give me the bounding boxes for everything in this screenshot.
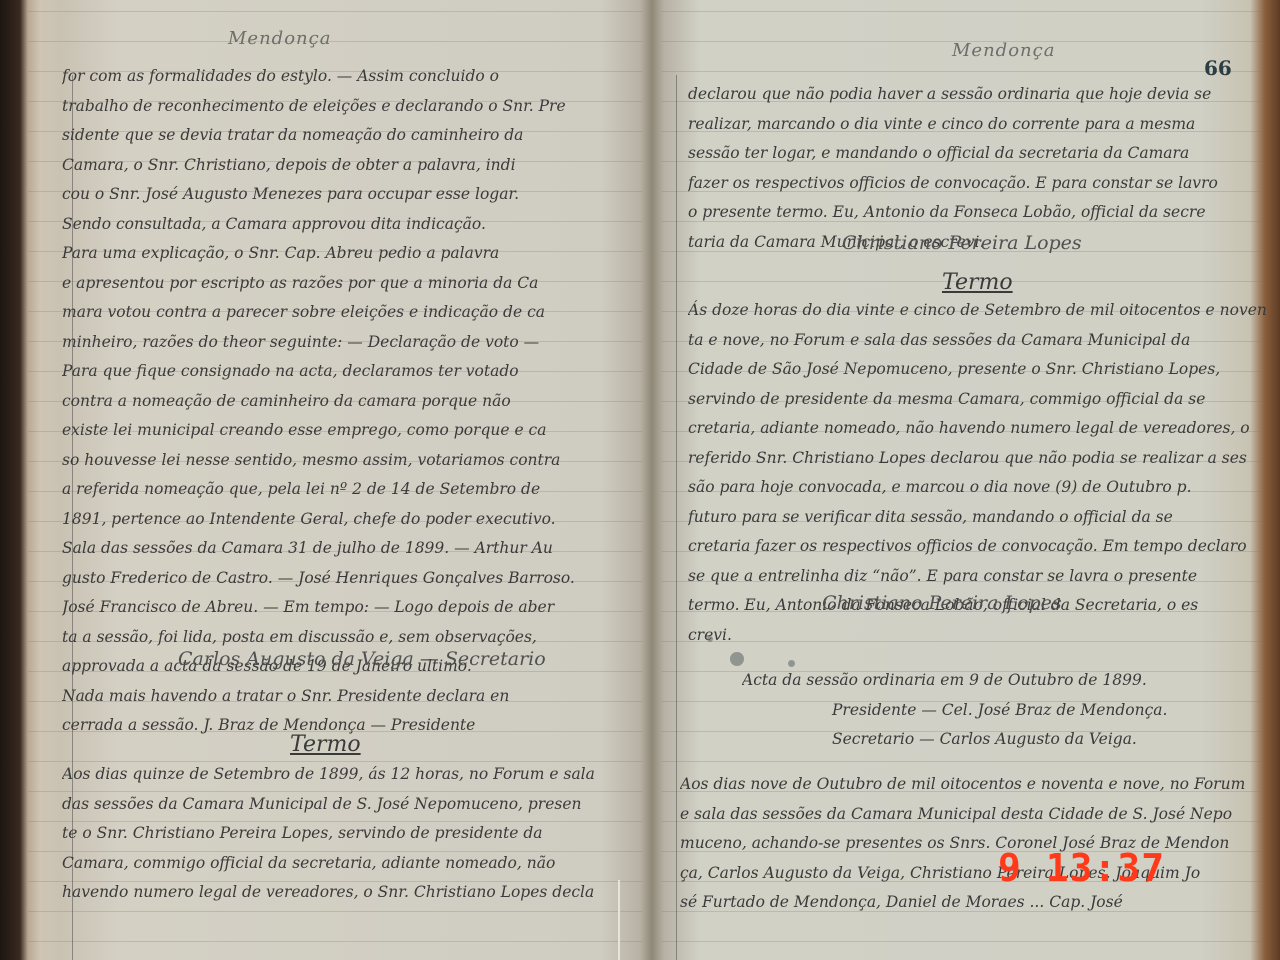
text-line: Aos dias nove de Outubro de mil oitocent… <box>680 770 1245 800</box>
text-line: e sala das sessões da Camara Municipal d… <box>680 800 1245 830</box>
text-line: existe lei municipal creando esse empreg… <box>62 416 575 446</box>
text-line: Para uma explicação, o Snr. Cap. Abreu p… <box>62 239 575 269</box>
acta-title: Acta da sessão ordinaria em 9 de Outubro… <box>742 666 1167 696</box>
text-line: Nada mais havendo a tratar o Snr. Presid… <box>62 682 575 712</box>
text-line: Aos dias quinze de Setembro de 1899, ás … <box>62 760 595 790</box>
text-line: Cidade de São José Nepomuceno, presente … <box>688 355 1267 385</box>
text-line: 1891, pertence ao Intendente Geral, chef… <box>62 505 575 535</box>
acta-block: Acta da sessão ordinaria em 9 de Outubro… <box>742 666 1167 755</box>
termo-heading: Termo <box>942 270 1013 295</box>
minutes-text: for com as formalidades do estylo. — Ass… <box>62 62 575 741</box>
header-signature: Mendonça <box>952 40 1055 61</box>
open-ledger-book: Mendonça for com as formalidades do esty… <box>0 0 1280 960</box>
text-line: so houvesse lei nesse sentido, mesmo ass… <box>62 446 575 476</box>
camera-timestamp: 9 13:37 <box>998 846 1165 890</box>
text-line: fazer os respectivos officios de convoca… <box>688 169 1218 199</box>
text-line: for com as formalidades do estylo. — Ass… <box>62 62 575 92</box>
text-line: servindo de presidente da mesma Camara, … <box>688 385 1267 415</box>
text-line: o presente termo. Eu, Antonio da Fonseca… <box>688 198 1218 228</box>
ink-stain <box>730 652 744 666</box>
margin-rule <box>676 75 677 960</box>
termo-text: Aos dias quinze de Setembro de 1899, ás … <box>62 760 595 908</box>
text-line: sé Furtado de Mendonça, Daniel de Moraes… <box>680 888 1245 918</box>
text-line: Ás doze horas do dia vinte e cinco de Se… <box>688 296 1267 326</box>
text-line: cretaria, adiante nomeado, não havendo n… <box>688 414 1267 444</box>
termo-heading: Termo <box>290 732 361 757</box>
text-line: te o Snr. Christiano Pereira Lopes, serv… <box>62 819 595 849</box>
text-line: Camara, o Snr. Christiano, depois de obt… <box>62 151 575 181</box>
text-line: a referida nomeação que, pela lei nº 2 d… <box>62 475 575 505</box>
right-page: Mendonça declarou que não podia haver a … <box>662 0 1262 960</box>
text-line: trabalho de reconhecimento de eleições e… <box>62 92 575 122</box>
minutes-text: declarou que não podia haver a sessão or… <box>688 80 1218 257</box>
bookmark-ribbon <box>618 880 620 960</box>
header-signature: Mendonça <box>228 28 331 49</box>
signature-2: Christiano Pereira Lopes <box>822 592 1062 614</box>
text-line: sessão ter logar, e mandando o official … <box>688 139 1218 169</box>
page-number: 66 <box>1204 56 1232 80</box>
text-line: cretaria fazer os respectivos officios d… <box>688 532 1267 562</box>
text-line: minheiro, razões do theor seguinte: — De… <box>62 328 575 358</box>
signature-1: Christiano Pereira Lopes <box>842 232 1082 254</box>
acta-president: Presidente — Cel. José Braz de Mendonça. <box>742 696 1167 726</box>
ink-stain <box>707 636 713 642</box>
text-line: gusto Frederico de Castro. — José Henriq… <box>62 564 575 594</box>
text-line: realizar, marcando o dia vinte e cinco d… <box>688 110 1218 140</box>
text-line: são para hoje convocada, e marcou o dia … <box>688 473 1267 503</box>
left-page: Mendonça for com as formalidades do esty… <box>28 0 642 960</box>
acta-secretary: Secretario — Carlos Augusto da Veiga. <box>742 725 1167 755</box>
text-line: se que a entrelinha diz “não”. E para co… <box>688 562 1267 592</box>
text-line: José Francisco de Abreu. — Em tempo: — L… <box>62 593 575 623</box>
text-line: havendo numero legal de vereadores, o Sn… <box>62 878 595 908</box>
text-line: crevi. <box>688 621 1267 651</box>
secretary-signature: Carlos Augusto da Veiga — Secretario <box>178 648 546 670</box>
text-line: cou o Snr. José Augusto Menezes para occ… <box>62 180 575 210</box>
text-line: Sala das sessões da Camara 31 de julho d… <box>62 534 575 564</box>
text-line: contra a nomeação de caminheiro da camar… <box>62 387 575 417</box>
text-line: e apresentou por escripto as razões por … <box>62 269 575 299</box>
ink-stain <box>788 660 795 667</box>
text-line: futuro para se verificar dita sessão, ma… <box>688 503 1267 533</box>
text-line: referido Snr. Christiano Lopes declarou … <box>688 444 1267 474</box>
text-line: das sessões da Camara Municipal de S. Jo… <box>62 790 595 820</box>
text-line: mara votou contra a parecer sobre eleiçõ… <box>62 298 575 328</box>
text-line: ta e nove, no Forum e sala das sessões d… <box>688 326 1267 356</box>
text-line: sidente que se devia tratar da nomeação … <box>62 121 575 151</box>
text-line: Camara, commigo official da secretaria, … <box>62 849 595 879</box>
text-line: declarou que não podia haver a sessão or… <box>688 80 1218 110</box>
text-line: Sendo consultada, a Camara approvou dita… <box>62 210 575 240</box>
text-line: Para que fique consignado na acta, decla… <box>62 357 575 387</box>
acta-text: Aos dias nove de Outubro de mil oitocent… <box>680 770 1245 918</box>
